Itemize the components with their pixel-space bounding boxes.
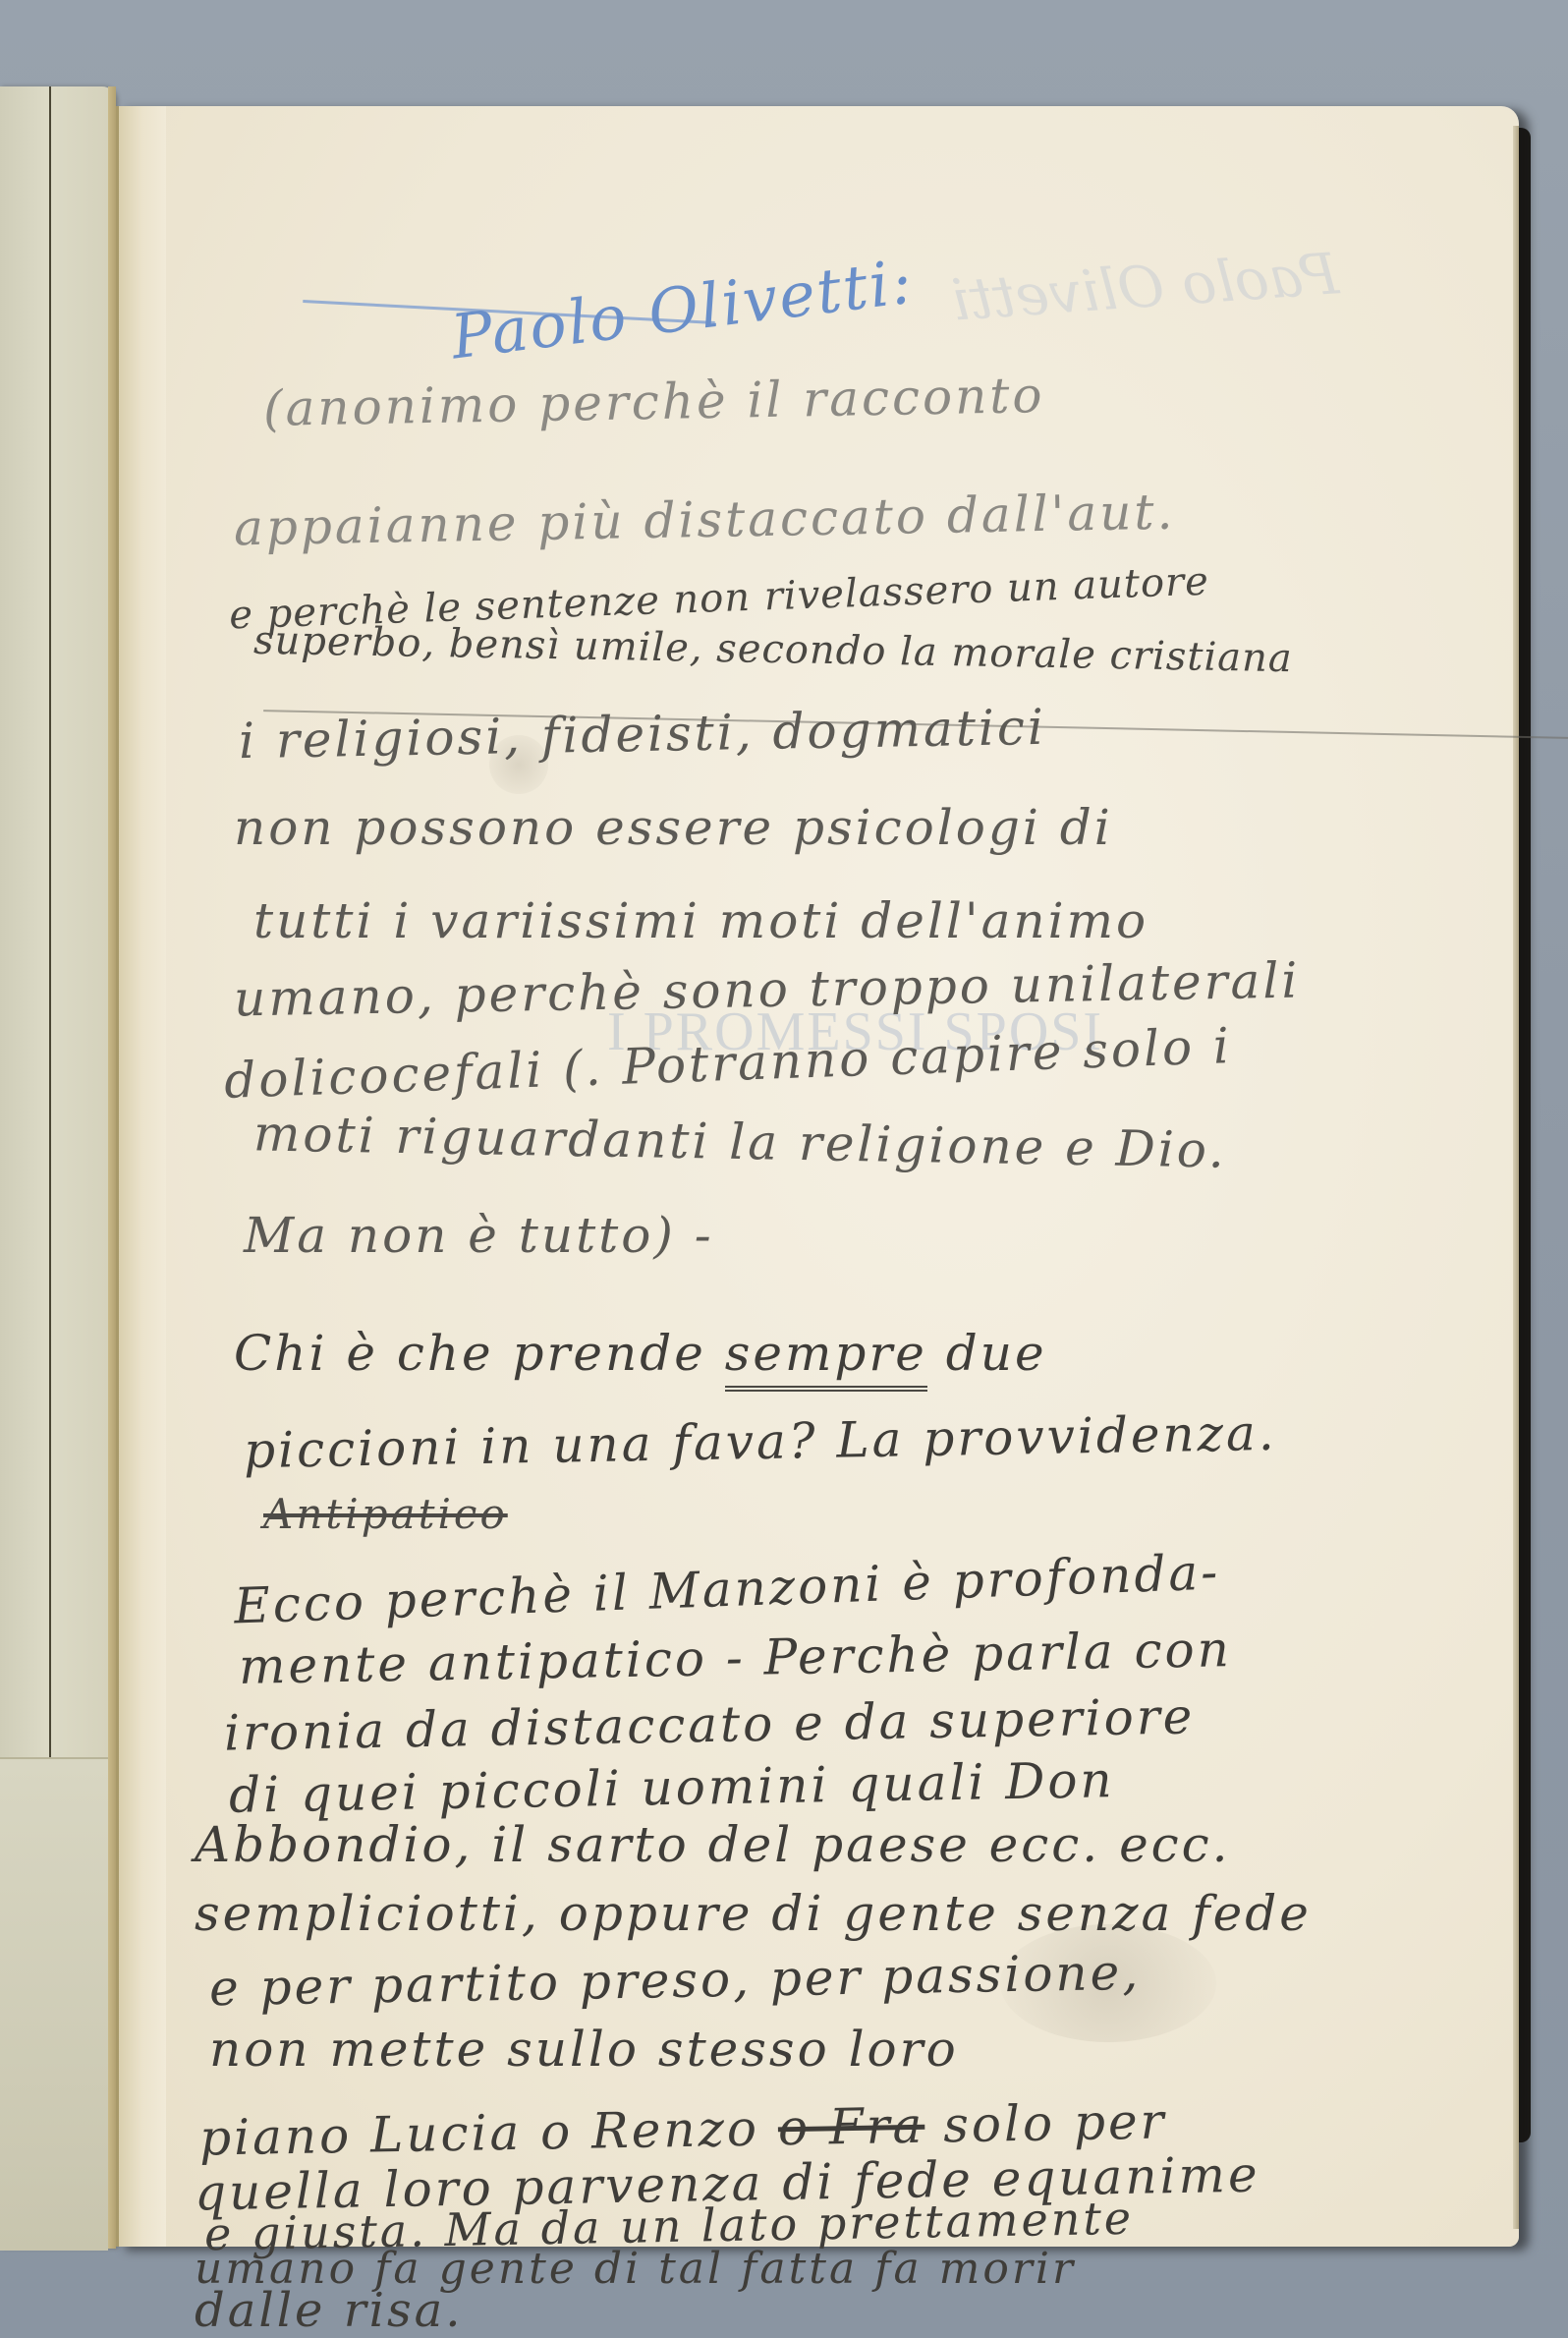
handwritten-text-block: (anonimo perchè il racconto appaianne pi… <box>116 106 1519 2247</box>
handwritten-line: e per partito preso, per passione, <box>209 1944 1142 2018</box>
handwritten-line: dalle risa. <box>195 2283 464 2338</box>
line-text-after: due <box>946 1325 1047 1382</box>
handwritten-line: non mette sullo stesso loro <box>209 2021 959 2078</box>
cover-spine-edge <box>108 86 116 2249</box>
line-text-after: solo per <box>943 2092 1167 2153</box>
handwritten-line: dolicocefali (. Potranno capire solo i <box>223 1017 1233 1110</box>
notebook-page: Paolo Olivetti: Paolo Olivetti I PROMESS… <box>116 106 1519 2247</box>
struck-out-word: o Fra <box>777 2097 924 2157</box>
handwritten-line: mente antipatico - Perchè parla con <box>239 1621 1233 1695</box>
handwritten-line: moti riguardanti la religione e Dio. <box>253 1105 1228 1178</box>
handwritten-line: Ecco perchè il Manzoni è profonda- <box>233 1543 1221 1634</box>
handwritten-line: di quei piccoli uomini quali Don <box>229 1751 1116 1824</box>
struck-out-word: Antipatico <box>263 1490 508 1538</box>
handwritten-line: tutti i variissimi moti dell'animo <box>253 892 1148 949</box>
handwritten-line: piccioni in una fava? La provvidenza. <box>244 1404 1278 1479</box>
handwritten-line: appaianne più distaccato dall'aut. <box>234 484 1176 557</box>
handwritten-line: i religiosi, fideisti, dogmatici <box>239 699 1047 770</box>
handwritten-line: Chi è che prende sempre due <box>234 1325 1047 1382</box>
handwritten-line: Ma non è tutto) - <box>244 1207 714 1264</box>
line-text: Chi è che prende <box>234 1325 706 1382</box>
notebook-cover <box>0 86 116 2249</box>
handwritten-line: umano, perchè sono troppo unilaterali <box>234 952 1301 1028</box>
handwritten-line: (anonimo perchè il racconto <box>263 367 1045 437</box>
underlined-word: sempre <box>725 1325 927 1392</box>
cover-torn-section <box>0 1757 108 2251</box>
handwritten-line: superbo, bensì umile, secondo la morale … <box>253 618 1293 681</box>
handwritten-line: non possono essere psicologi di <box>234 799 1113 856</box>
handwritten-line: ironia da distaccato e da superiore <box>224 1687 1196 1761</box>
handwritten-line: sempliciotti, oppure di gente senza fede <box>195 1885 1312 1942</box>
handwritten-line: Abbondio, il sarto del paese ecc. ecc. <box>195 1816 1231 1873</box>
